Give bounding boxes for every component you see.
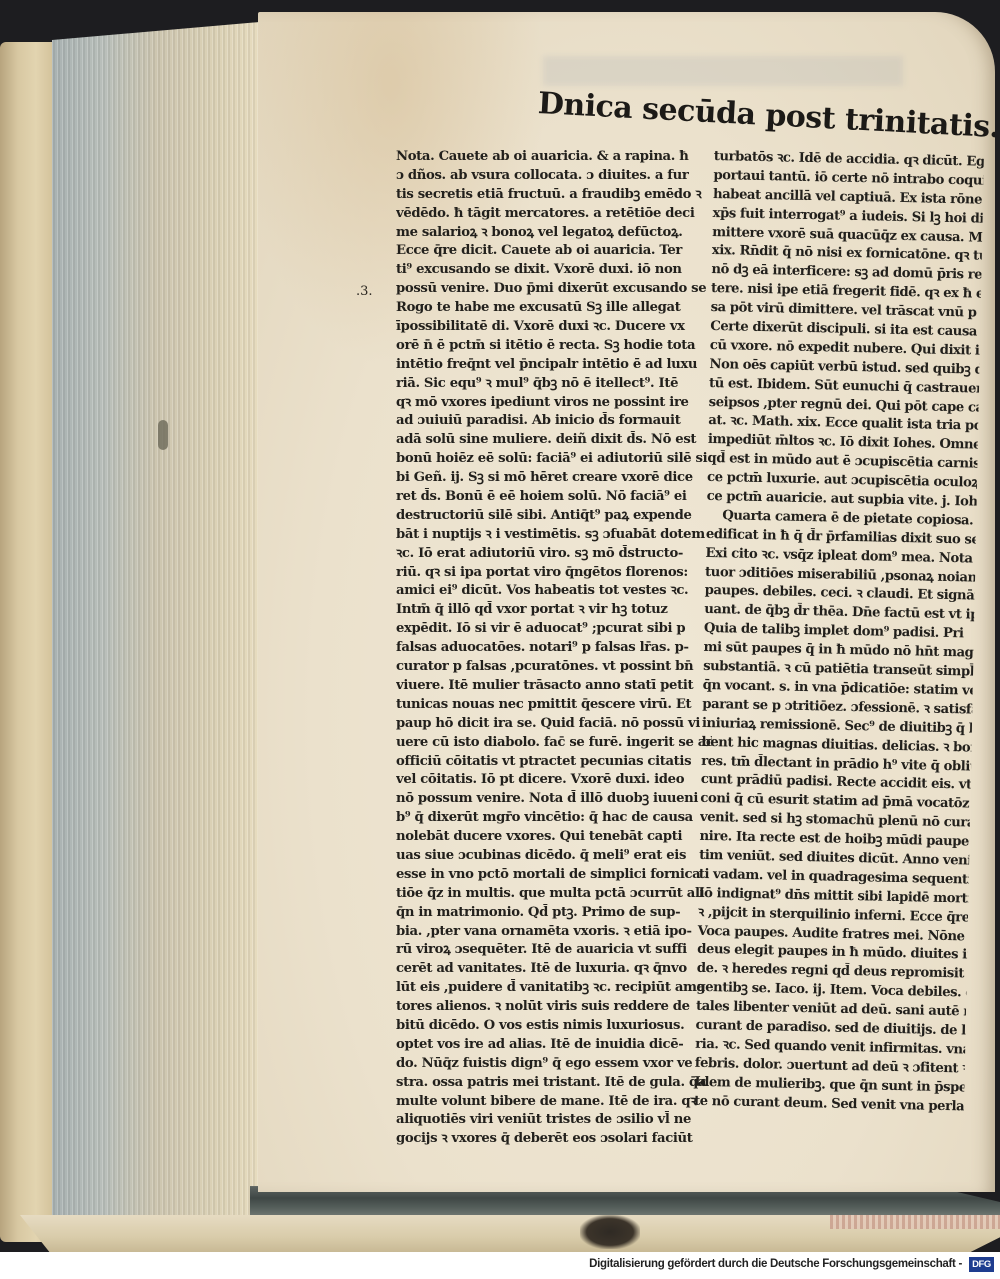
text-line: vēdēdo. ħ tāgit mercatores. a retētiōe d… (396, 205, 712, 224)
text-line: orē n̄ ē pctm̄ si itētio ē recta. Sꝫ hod… (396, 337, 712, 356)
text-line: optet vos ire ad alias. Itē de inuidia d… (396, 1036, 712, 1055)
text-line: viuere. Itē mulier trāsacto anno statī p… (396, 677, 712, 696)
text-line: ꝛc. Iō erat adiutoriū viro. sꝫ mō d̄stru… (396, 545, 712, 564)
text-line: expēdit. Iō si vir ē aduocat⁹ ;pcurat si… (396, 620, 712, 639)
text-line: bia. ,pter vana ornamēta vxoris. ꝛ etiā … (396, 923, 712, 942)
text-line: q̄n in matrimonio. Qd̄ ptꝫ. Primo de sup… (396, 904, 712, 923)
text-line: curator p falsas ,pcuratōnes. vt possint… (396, 658, 712, 677)
text-line: nō possum venire. Nota d̄ illō duobꝫ iuu… (396, 790, 712, 809)
show-through-ghost (543, 56, 903, 86)
text-line: esse in vno pctō mortali de simplici for… (396, 866, 712, 885)
text-line: stra. ossa patris mei tristant. Itē de g… (396, 1074, 712, 1093)
text-line: aliquotiēs viri veniūt tristes de ɔsilio… (396, 1111, 712, 1130)
text-line: tiōe q̄z in multis. que multa pctā ɔcurr… (396, 885, 712, 904)
text-line: vel cōitatis. Iō pt dicere. Vxorē duxi. … (396, 771, 712, 790)
text-line: bi Geñ. ij. Sꝫ si mō hēret creare vxorē … (396, 469, 712, 488)
text-line: Ecce q̄re dicit. Cauete ab oi auaricia. … (396, 242, 712, 261)
text-line: tores alienos. ꝛ nolūt viris suis redder… (396, 998, 712, 1017)
text-line: lūt eis ,puidere d̄ vanitatibꝫ ꝛc. recip… (396, 979, 712, 998)
page-block-edges (52, 22, 260, 1218)
running-head: Dnica secūda post trinitatis. (537, 86, 995, 145)
text-line: cerēt ad vanitates. Itē de luxuria. qꝛ q… (396, 960, 712, 979)
text-line: uas siue ɔcubinas dicēdo. q̄ meli⁹ erat … (396, 847, 712, 866)
text-line: multe volunt bibere de mane. Itē de ira.… (396, 1093, 712, 1112)
digitization-footer: Digitalisierung gefördert durch die Deut… (0, 1252, 1000, 1279)
margin-note: .3. (356, 284, 373, 299)
text-line: rū viroꝝ ɔsequēter. Itē de auaricia vt s… (396, 941, 712, 960)
text-line: īpossibilitatē di. Vxorē duxi ꝛc. Ducere… (396, 318, 712, 337)
book-scan: Dnica secūda post trinitatis. .3. Nota. … (0, 0, 1000, 1252)
text-line: bāt i nuptijs ꝛ i vestimētis. sꝫ ɔfuabāt… (396, 526, 712, 545)
book-page: Dnica secūda post trinitatis. .3. Nota. … (258, 12, 995, 1192)
text-column-left: Nota. Cauete ab oi auaricia. & a rapina.… (396, 148, 712, 1149)
binding-turn-in (20, 1215, 1000, 1252)
text-line: do. Nūq̄z fuistis dign⁹ q̄ ego essem vxo… (396, 1055, 712, 1074)
text-line: bitū dicēdo. O vos estis nimis luxuriosu… (396, 1017, 712, 1036)
text-line: officiū cōitatis vt ptractet pecunias ci… (396, 753, 712, 772)
red-sprinkled-edge (830, 1215, 1000, 1229)
text-line: intētio freq̄nt vel p̄ncipalr intētio ē … (396, 356, 712, 375)
text-line: Intm̄ q̄ illō qd̄ vxor portat ꝛ vir hꝫ t… (396, 601, 712, 620)
text-line: ɔ dños. ab vsura collocata. ɔ diuites. a… (396, 167, 712, 186)
text-line: amici ei⁹ dicūt. Vos habeatis tot vestes… (396, 582, 712, 601)
text-line: b⁹ q̄ dixerūt mgr̄o vincētio: q̄ hac de … (396, 809, 712, 828)
text-line: destructoriū silē sibi. Antiq̄t⁹ paꝝ exp… (396, 507, 712, 526)
text-column-right: turbatōs ꝛc. Idē de accidia. qꝛ dicūt. E… (694, 148, 984, 1117)
text-line: riū. qꝛ si ipa portat viro q̄ngētos flor… (396, 564, 712, 583)
text-line: me salarioꝝ ꝛ bonoꝝ vel legatoꝝ defūctoꝝ… (396, 224, 712, 243)
funding-credit: Digitalisierung gefördert durch die Deut… (589, 1258, 962, 1270)
text-line: ret d̄s. Bonū ē eē hoiem solū. Nō faciā⁹… (396, 488, 712, 507)
ink-blot (580, 1215, 640, 1249)
text-line: uere cū isto diabolo. fac̄ se furē. inge… (396, 734, 712, 753)
text-line: adā solū sine muliere. deiñ dixit d̄s. N… (396, 431, 712, 450)
dfg-logo: DFG (969, 1257, 994, 1272)
text-line: ad ɔuiuiū paradisi. Ab inicio d̄s formau… (396, 412, 712, 431)
text-line: ti⁹ excusando se dixit. Vxorē duxi. iō n… (396, 261, 712, 280)
text-line: qꝛ mō vxores ipediunt viros ne possint i… (396, 394, 712, 413)
text-line: riā. Sic equ⁹ ꝛ mul⁹ q̄bꝫ nō ē itellect⁹… (396, 375, 712, 394)
text-line: falsas aduocatōes. notari⁹ p falsas lr̄a… (396, 639, 712, 658)
text-line: nolebāt ducere vxores. Qui tenebāt capti (396, 828, 712, 847)
text-line: possū venire. Duo p̄mi dixerūt excusando… (396, 280, 712, 299)
text-line: Rogo te habe me excusatū Sꝫ ille allegat (396, 299, 712, 318)
text-line: gocijs ꝛ vxores q̄ deberēt eos ɔsolari f… (396, 1130, 712, 1149)
text-line: tunicas nouas nec pmittit q̄escere virū.… (396, 696, 712, 715)
text-line: paup hō dicit ira se. Quid faciā. nō pos… (396, 715, 712, 734)
vellum-binding (0, 42, 60, 1242)
text-line: tis secretis etiā fructuū. a fraudibꝫ em… (396, 186, 712, 205)
edge-stain (158, 420, 168, 450)
text-line: Nota. Cauete ab oi auaricia. & a rapina.… (396, 148, 712, 167)
text-line: bonū hoiēz eē solū: faciā⁹ ei adiutoriū … (396, 450, 712, 469)
